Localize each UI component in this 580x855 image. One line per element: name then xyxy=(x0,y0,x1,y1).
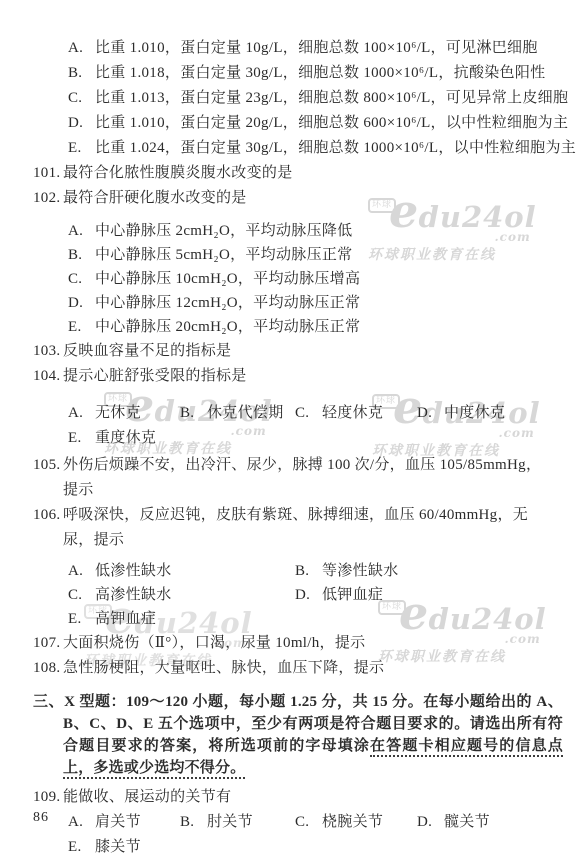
option-row: B.中心静脉压 5cmH₂O，平均动脉压正常 xyxy=(68,243,542,267)
question-101: 101.最符合化脓性腹膜炎腹水改变的是 xyxy=(33,161,542,186)
option-letter: E. xyxy=(68,315,95,339)
option-row: E.重度休克 xyxy=(68,426,542,451)
option-letter: B. xyxy=(180,401,207,426)
option-row: C.高渗性缺水 xyxy=(68,583,295,607)
question-number: 101. xyxy=(33,161,63,186)
option-letter: C. xyxy=(68,267,95,291)
question-text: 反映血容量不足的指标是 xyxy=(63,339,542,364)
question-text: 最符合化脓性腹膜炎腹水改变的是 xyxy=(63,161,542,186)
option-text: 重度休克 xyxy=(95,426,542,451)
question-102: 102.最符合肝硬化腹水改变的是 xyxy=(33,186,542,211)
option-letter: C. xyxy=(295,401,322,426)
option-row-pair: E.高钾血症 xyxy=(68,607,542,631)
option-text: 轻度休克 xyxy=(322,401,383,426)
option-letter: E. xyxy=(68,426,95,451)
option-text: 比重 1.018，蛋白定量 30g/L，细胞总数 1000×10⁶/L，抗酸染色… xyxy=(95,61,545,86)
option-text: 中心静脉压 2cmH₂O，平均动脉压降低 xyxy=(95,219,542,243)
option-row: C.中心静脉压 10cmH₂O，平均动脉压增高 xyxy=(68,267,542,291)
question-104-options-row: A.无休克 B.休克代偿期 C.轻度休克 D.中度休克 xyxy=(68,401,542,426)
option-text: 比重 1.013，蛋白定量 23g/L，细胞总数 800×10⁶/L，可见异常上… xyxy=(95,86,568,111)
option-row: B.等渗性缺水 xyxy=(295,559,399,583)
question-number: 108. xyxy=(33,656,63,681)
question-108: 108.急性肠梗阻，大量呕吐、脉快，血压下降，提示 xyxy=(33,656,542,681)
option-row: C.轻度休克 xyxy=(295,401,417,426)
option-row: A.低渗性缺水 xyxy=(68,559,295,583)
option-text: 比重 1.010，蛋白定量 20g/L，细胞总数 600×10⁶/L，以中性粒细… xyxy=(95,111,568,136)
option-letter: B. xyxy=(180,810,207,835)
option-letter: B. xyxy=(295,559,322,583)
option-text: 中心静脉压 5cmH₂O，平均动脉压正常 xyxy=(95,243,542,267)
option-text: 比重 1.024，蛋白定量 30g/L，细胞总数 1000×10⁶/L，以中性粒… xyxy=(95,136,576,161)
question-text: 急性肠梗阻，大量呕吐、脉快，血压下降，提示 xyxy=(63,656,542,681)
option-row: A.比重 1.010，蛋白定量 10g/L，细胞总数 100×10⁶/L，可见淋… xyxy=(68,36,542,61)
question-text: 最符合肝硬化腹水改变的是 xyxy=(63,186,542,211)
option-row: C.桡腕关节 xyxy=(295,810,417,835)
option-row: D.中度休克 xyxy=(417,401,505,426)
question-text: 呼吸深快，反应迟钝，皮肤有紫斑、脉搏细速，血压 60/40mmHg，无尿，提示 xyxy=(63,503,542,553)
question-number: 109. xyxy=(33,785,63,810)
option-letter: A. xyxy=(68,559,95,583)
question-106-options: A.低渗性缺水 B.等渗性缺水 C.高渗性缺水 D.低钾血症 E.高钾血症 xyxy=(33,559,542,631)
option-row: A.无休克 xyxy=(68,401,180,426)
option-row: E.比重 1.024，蛋白定量 30g/L，细胞总数 1000×10⁶/L，以中… xyxy=(68,136,542,161)
option-letter: B. xyxy=(68,61,95,86)
option-row: B.肘关节 xyxy=(180,810,295,835)
option-row-pair: A.低渗性缺水 B.等渗性缺水 xyxy=(68,559,542,583)
question-text: 提示心脏舒张受限的指标是 xyxy=(63,364,542,389)
option-text: 低钾血症 xyxy=(322,583,383,607)
option-letter: E. xyxy=(68,136,95,161)
option-letter: A. xyxy=(68,219,95,243)
question-107: 107.大面积烧伤（Ⅱ°），口渴，尿量 10ml/h，提示 xyxy=(33,631,542,656)
option-row: E.膝关节 xyxy=(68,835,542,855)
option-text: 膝关节 xyxy=(95,835,542,855)
exam-content: A.比重 1.010，蛋白定量 10g/L，细胞总数 100×10⁶/L，可见淋… xyxy=(0,0,580,855)
option-row: E.高钾血症 xyxy=(68,607,295,631)
option-text: 中心静脉压 20cmH₂O，平均动脉压正常 xyxy=(95,315,542,339)
option-letter: C. xyxy=(295,810,322,835)
section-lead: 三、 xyxy=(33,694,64,710)
question-number: 107. xyxy=(33,631,63,656)
page-number: 86 xyxy=(33,810,49,826)
option-text: 无休克 xyxy=(95,401,141,426)
question-number: 102. xyxy=(33,186,63,211)
option-letter: D. xyxy=(417,810,444,835)
option-text: 休克代偿期 xyxy=(207,401,284,426)
option-text: 高渗性缺水 xyxy=(95,583,172,607)
question-104: 104.提示心脏舒张受限的指标是 xyxy=(33,364,542,389)
option-text: 中心静脉压 10cmH₂O，平均动脉压增高 xyxy=(95,267,542,291)
option-letter: D. xyxy=(417,401,444,426)
option-text: 桡腕关节 xyxy=(322,810,383,835)
question-100-options: A.比重 1.010，蛋白定量 10g/L，细胞总数 100×10⁶/L，可见淋… xyxy=(33,36,542,161)
option-row: E.中心静脉压 20cmH₂O，平均动脉压正常 xyxy=(68,315,542,339)
option-row: D.低钾血症 xyxy=(295,583,383,607)
question-106: 106.呼吸深快，反应迟钝，皮肤有紫斑、脉搏细速，血压 60/40mmHg，无尿… xyxy=(33,503,542,553)
option-letter: A. xyxy=(68,810,95,835)
option-text: 中度休克 xyxy=(444,401,505,426)
option-text: 髋关节 xyxy=(444,810,490,835)
option-text: 高钾血症 xyxy=(95,607,156,631)
option-row: B.比重 1.018，蛋白定量 30g/L，细胞总数 1000×10⁶/L，抗酸… xyxy=(68,61,542,86)
option-letter: B. xyxy=(68,243,95,267)
option-letter: E. xyxy=(68,607,95,631)
question-109-options-row: A.肩关节 B.肘关节 C.桡腕关节 D.髋关节 xyxy=(68,810,542,835)
option-row: A.肩关节 xyxy=(68,810,180,835)
question-109: 109.能做收、展运动的关节有 xyxy=(33,785,542,810)
option-letter: D. xyxy=(68,291,95,315)
option-letter: A. xyxy=(68,36,95,61)
option-letter: D. xyxy=(68,111,95,136)
option-letter: A. xyxy=(68,401,95,426)
option-row: D.比重 1.010，蛋白定量 20g/L，细胞总数 600×10⁶/L，以中性… xyxy=(68,111,542,136)
option-row: C.比重 1.013，蛋白定量 23g/L，细胞总数 800×10⁶/L，可见异… xyxy=(68,86,542,111)
option-row: B.休克代偿期 xyxy=(180,401,295,426)
question-text: 能做收、展运动的关节有 xyxy=(63,785,542,810)
exam-page: { "page_number": "86", "watermark": { "b… xyxy=(0,0,580,855)
question-103: 103.反映血容量不足的指标是 xyxy=(33,339,542,364)
section-3-header: 三、X 型题：109～120 小题，每小题 1.25 分，共 15 分。在每小题… xyxy=(33,691,563,779)
option-letter: E. xyxy=(68,835,95,855)
question-105: 105.外伤后烦躁不安，出冷汗、尿少，脉搏 100 次/分，血压 105/85m… xyxy=(33,453,542,503)
question-text: 外伤后烦躁不安，出冷汗、尿少，脉搏 100 次/分，血压 105/85mmHg，… xyxy=(63,453,542,503)
question-text: 大面积烧伤（Ⅱ°），口渴，尿量 10ml/h，提示 xyxy=(63,631,542,656)
option-letter: C. xyxy=(68,583,95,607)
option-text: 低渗性缺水 xyxy=(95,559,172,583)
question-number: 106. xyxy=(33,503,63,553)
option-letter: D. xyxy=(295,583,322,607)
question-102-options: A.中心静脉压 2cmH₂O，平均动脉压降低 B.中心静脉压 5cmH₂O，平均… xyxy=(33,219,542,339)
option-text: 肩关节 xyxy=(95,810,141,835)
option-row-pair: C.高渗性缺水 D.低钾血症 xyxy=(68,583,542,607)
question-number: 104. xyxy=(33,364,63,389)
option-text: 肘关节 xyxy=(207,810,253,835)
option-letter: C. xyxy=(68,86,95,111)
option-row: D.髋关节 xyxy=(417,810,490,835)
option-row: A.中心静脉压 2cmH₂O，平均动脉压降低 xyxy=(68,219,542,243)
option-row: D.中心静脉压 12cmH₂O，平均动脉压正常 xyxy=(68,291,542,315)
option-text: 中心静脉压 12cmH₂O，平均动脉压正常 xyxy=(95,291,542,315)
question-number: 105. xyxy=(33,453,63,503)
option-text: 比重 1.010，蛋白定量 10g/L，细胞总数 100×10⁶/L，可见淋巴细… xyxy=(95,36,542,61)
option-text: 等渗性缺水 xyxy=(322,559,399,583)
question-number: 103. xyxy=(33,339,63,364)
